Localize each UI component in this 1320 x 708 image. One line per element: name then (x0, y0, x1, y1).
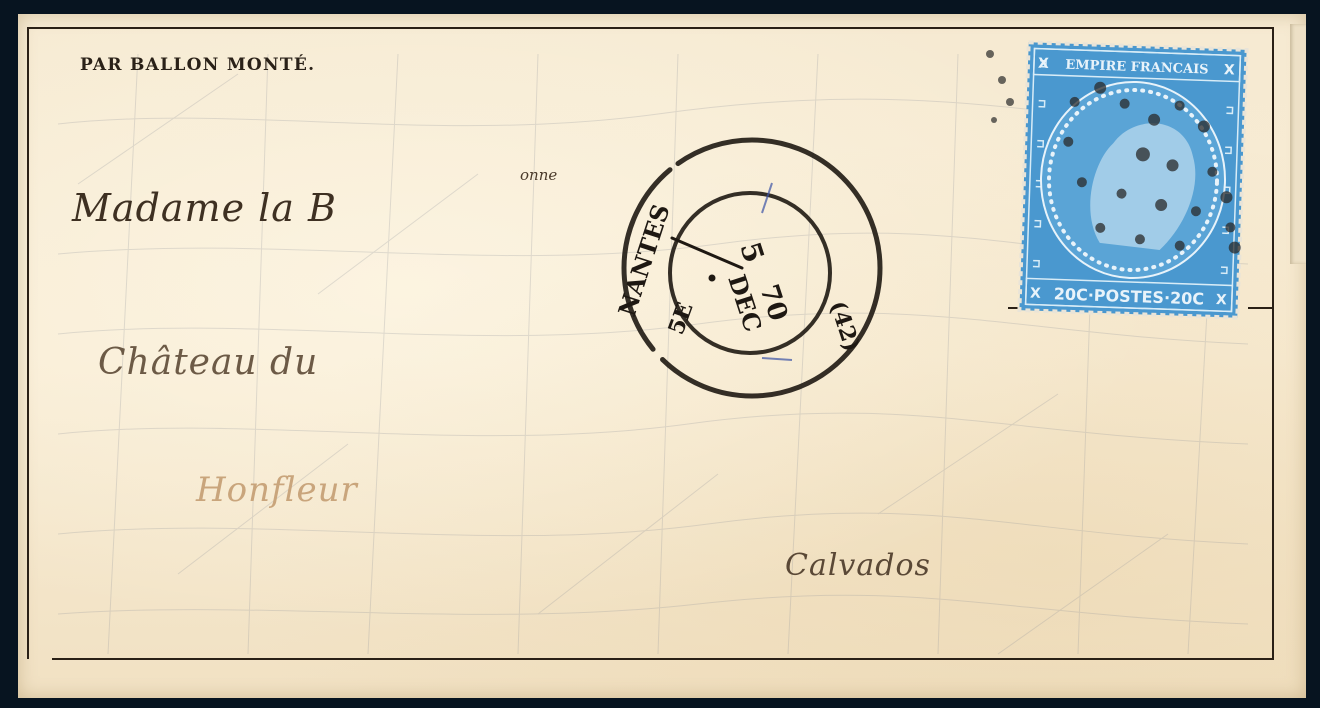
border-line-bottom (52, 658, 1274, 660)
postmark-department: (42) (824, 298, 865, 355)
cover-flap (1290, 24, 1306, 264)
address-line-town: Honfleur (196, 470, 358, 510)
stamp-corner-mark: X (1224, 62, 1236, 78)
nantes-postmark: NANTES (42) 5E 5 DEC 70 (612, 128, 892, 408)
address-line-chateau: Château du (98, 342, 318, 383)
border-line-right (1272, 27, 1274, 659)
address-line-department: Calvados (785, 548, 931, 583)
stamp-line-right (1248, 307, 1273, 309)
postmark-town: NANTES (612, 201, 675, 320)
border-line-left (27, 27, 29, 659)
napoleon-20c-stamp: X X X X EMPIRE FRANCAIS 20C·POSTES·20C (1017, 40, 1248, 320)
cancel-overflow-dots (980, 40, 1040, 130)
border-line-top (27, 27, 1272, 29)
postmark-day: 5 (733, 238, 770, 267)
stamp-corner-mark: X (1216, 292, 1228, 308)
address-line-addressee: Madame la B (72, 186, 337, 230)
stamp-corner-mark: X (1030, 285, 1042, 301)
header-par-ballon-monte: PAR BALLON MONTÉ. (80, 55, 315, 75)
address-superscript: onne (520, 166, 557, 184)
